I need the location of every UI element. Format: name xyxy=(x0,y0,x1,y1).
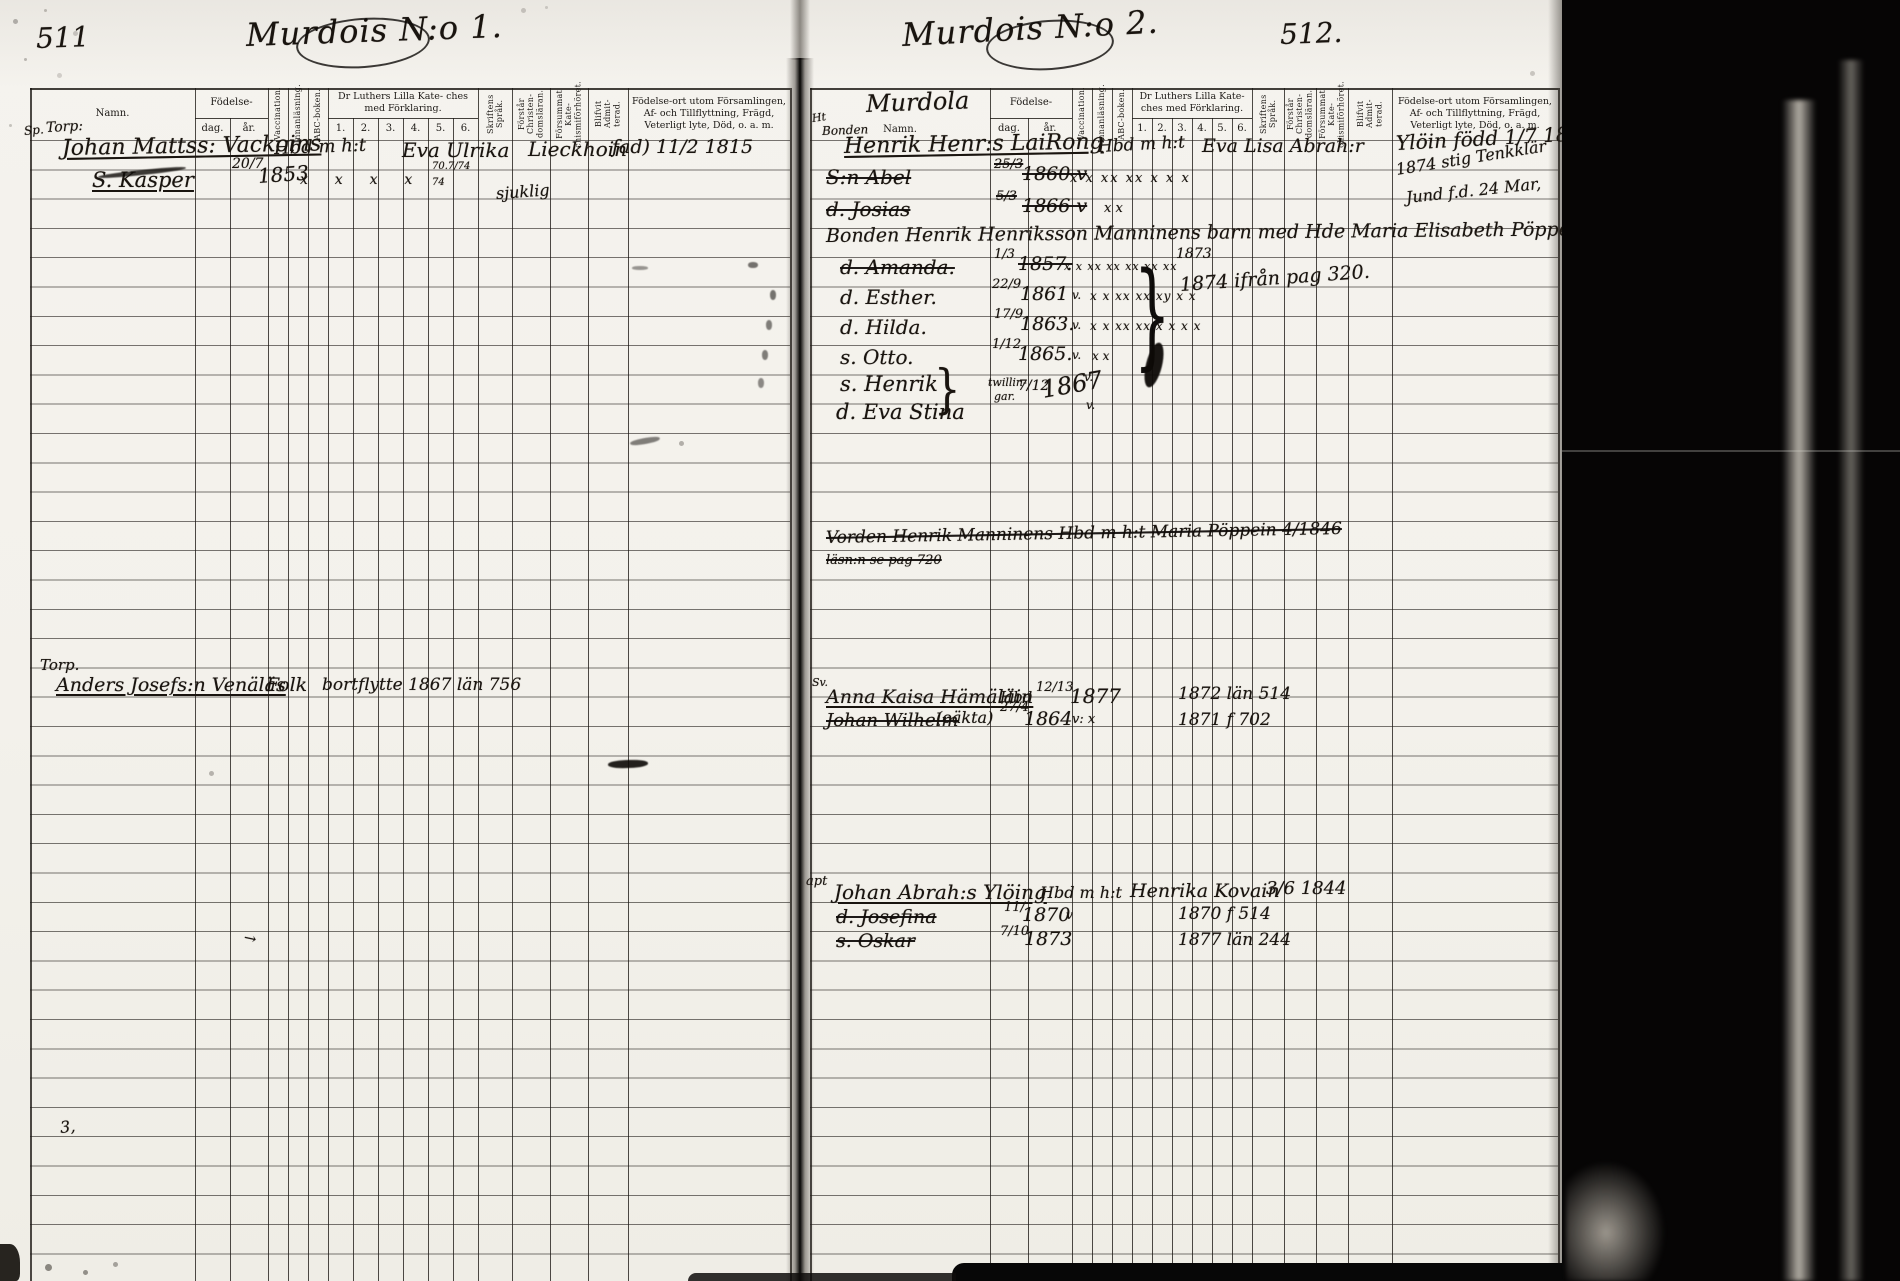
handwritten-entry: 25/3 xyxy=(994,157,1023,172)
handwritten-entry: 1866 v xyxy=(1022,195,1087,217)
column-header-forstar-right: Förstår Christen- domsläran. xyxy=(1284,88,1316,140)
handwritten-entry: x x x x xyxy=(300,172,418,188)
grid-line xyxy=(990,88,991,1281)
handwritten-entry: 1877 län 244 xyxy=(1178,930,1291,950)
handwritten-entry: Anders Josefs:n Venäläs xyxy=(56,674,286,696)
label: 6. xyxy=(461,123,471,136)
handwritten-entry: 3/6 1844 xyxy=(1266,878,1347,899)
handwritten-entry: fad) 11/2 1815 xyxy=(612,136,753,158)
column-header-forsummat-right: Försummat Kate- chismiförhöret. xyxy=(1316,88,1348,140)
column-header-fodelse-left: Födelse- xyxy=(195,88,268,118)
handwritten-entry: Murdola xyxy=(866,86,970,118)
handwritten-entry: 22/9 xyxy=(992,277,1021,292)
ink-mark xyxy=(748,262,758,268)
label: 5. xyxy=(436,123,446,136)
column-header-forsummat-left: Försummat Kate- chismiförhöret. xyxy=(550,88,588,140)
ink-mark xyxy=(758,378,764,388)
handwritten-entry: S:n Abel xyxy=(826,165,911,189)
handwritten-entry: v. xyxy=(1072,348,1081,362)
ink-mark xyxy=(766,320,772,330)
scan-bottom-black-bar-thin xyxy=(688,1273,956,1281)
page-number-right: 512. xyxy=(1279,16,1342,51)
grid-line xyxy=(1392,88,1393,1281)
scanned-church-record-spread: 511 Murdois N:o 1. Murdois N:o 2. 512. N… xyxy=(0,0,1900,1281)
ink-mark xyxy=(632,266,648,270)
handwritten-entry: s. Henrik xyxy=(840,372,938,396)
handwritten-entry: gar. xyxy=(994,390,1015,403)
handwritten-entry: 1861 xyxy=(1020,283,1068,305)
handwritten-entry: Folk xyxy=(266,674,307,696)
ink-mark xyxy=(770,290,776,300)
column-header-katekes-right: Dr Luthers Lilla Kate- ches med Förklari… xyxy=(1132,88,1252,118)
handwritten-entry: 1870 f 514 xyxy=(1178,904,1271,924)
label: Födelse- xyxy=(1010,97,1052,110)
handwritten-entry: 12/13 xyxy=(1036,680,1073,695)
label: Födelse-ort utom Församlingen, Af- och T… xyxy=(628,96,790,132)
handwritten-entry: d. Josias xyxy=(826,197,910,221)
handwritten-entry: (oäkta) xyxy=(936,708,993,727)
label: 5. xyxy=(1217,123,1227,136)
column-header-katekes-left: Dr Luthers Lilla Kate- ches med Förklari… xyxy=(328,88,478,118)
label: 1. xyxy=(1137,123,1147,136)
grid-line xyxy=(628,88,629,1281)
grid-line xyxy=(378,118,379,1281)
grid-line xyxy=(230,118,231,1281)
handwritten-entry: v. xyxy=(1072,318,1081,332)
handwritten-entry: x x xyxy=(1104,201,1123,216)
handwritten-entry: 1871 f 702 xyxy=(1178,710,1271,730)
scan-corner-patch xyxy=(0,1244,20,1281)
grid-line xyxy=(550,88,551,1281)
label: 1. xyxy=(336,123,346,136)
label: Förstår Christen- domsläran. xyxy=(1286,88,1314,140)
scan-light-streak xyxy=(1838,60,1864,1281)
handwritten-entry: 1865. xyxy=(1018,343,1072,365)
column-header-sprak-right: Skriftens Språk. xyxy=(1252,88,1284,140)
handwritten-entry: Henrik Henr:s LaiRong xyxy=(844,129,1104,159)
label: Förstår Christen- domsläran. xyxy=(517,88,545,140)
handwritten-entry: d. Amanda. xyxy=(840,255,955,279)
column-header-blifvit-left: Blifvit Admit- terad. xyxy=(588,88,628,140)
katekes-subcolumn-3-left: 3. xyxy=(378,118,403,140)
handwritten-entry: 5/3 xyxy=(996,189,1017,204)
column-header-sprak-left: Skriftens Språk. xyxy=(478,88,512,140)
handwritten-entry: s. Oskar xyxy=(836,930,915,952)
katekes-subcolumn-4-left: 4. xyxy=(403,118,428,140)
handwritten-entry: Henrika Kovain xyxy=(1130,880,1280,902)
label: 3. xyxy=(386,123,396,136)
label: Födelse- xyxy=(210,97,252,110)
handwritten-entry: 70.7/74 xyxy=(432,161,470,172)
grid-line xyxy=(403,118,404,1281)
scan-light-streak xyxy=(1782,100,1816,1281)
grid-line xyxy=(308,88,309,1281)
handwritten-entry: 1872 län 514 xyxy=(1178,684,1291,704)
handwritten-entry: Eva Lisa Abrah:r xyxy=(1202,135,1364,157)
handwritten-entry: 1863. xyxy=(1020,313,1074,335)
handwritten-entry: 1877 xyxy=(1070,684,1121,708)
katekes-subcolumn-5-left: 5. xyxy=(428,118,453,140)
handwritten-entry: 1/12 xyxy=(992,337,1021,352)
label: Namn. xyxy=(96,108,130,121)
handwritten-entry: v. xyxy=(1086,398,1095,412)
scan-speckles xyxy=(0,0,3,3)
handwritten-entry: läsn:n se pag 720 xyxy=(826,553,942,568)
label: Dr Luthers Lilla Kate- ches med Förklari… xyxy=(328,91,478,115)
column-header-forstar-left: Förstår Christen- domsläran. xyxy=(512,88,550,140)
handwritten-entry: 74 xyxy=(432,177,445,188)
scan-bottom-black-bar xyxy=(952,1263,1564,1281)
handwritten-entry: x x xyxy=(1092,349,1109,363)
grid-line xyxy=(30,88,32,1281)
handwritten-entry: 1864 xyxy=(1024,708,1072,730)
label: Blifvit Admit- terad. xyxy=(1356,88,1384,140)
handwritten-entry: bortflytte 1867 län 756 xyxy=(322,675,521,695)
handwritten-entry: s. Otto. xyxy=(840,345,914,369)
handwritten-entry: 1873 xyxy=(1024,928,1072,950)
handwritten-entry: Torp. xyxy=(40,656,79,674)
column-header-fodelse-right: Födelse- xyxy=(990,88,1072,118)
handwritten-entry: d. Josefina xyxy=(836,906,937,928)
handwritten-entry: d. Esther. xyxy=(840,285,937,309)
book-fold-top xyxy=(790,0,810,60)
handwritten-entry: d. Hilda. xyxy=(840,315,927,339)
page-number-left: 511 xyxy=(35,20,90,55)
handwritten-entry: sjuklig xyxy=(495,180,550,203)
handwritten-entry: Eva Ulrika xyxy=(402,138,509,162)
handwritten-entry: 3, xyxy=(59,1116,76,1136)
handwritten-entry: v: x xyxy=(1072,712,1095,727)
column-header-blifvit-right: Blifvit Admit- terad. xyxy=(1348,88,1392,140)
label: Blifvit Admit- terad. xyxy=(594,88,622,140)
grid-line xyxy=(453,118,454,1281)
handwritten-entry: v. xyxy=(1084,370,1093,384)
handwritten-entry: 1873 xyxy=(1176,246,1212,262)
label: Skriftens Språk. xyxy=(1259,88,1277,140)
handwritten-entry: Hbd m h:t xyxy=(274,135,367,159)
handwritten-entry: v. xyxy=(1072,288,1081,302)
handwritten-entry: Sp. xyxy=(23,122,44,138)
grid-line xyxy=(428,118,429,1281)
label: 4. xyxy=(411,123,421,136)
handwritten-entry: v xyxy=(1066,908,1073,922)
handwritten-entry: Torp: xyxy=(46,118,84,136)
left-page-ruled-lines xyxy=(30,140,790,1281)
label: Dr Luthers Lilla Kate- ches med Förklari… xyxy=(1132,91,1252,115)
handwritten-entry: } xyxy=(934,360,960,420)
handwritten-entry: x x xx xx x x x xyxy=(1070,171,1191,186)
label: 2. xyxy=(361,123,371,136)
column-header-abc-boken-right: ABC-boken. xyxy=(1112,88,1132,140)
scan-artifact-line xyxy=(1562,450,1900,452)
label: ABC-boken. xyxy=(1117,89,1126,140)
column-header-fodelseort-left: Födelse-ort utom Församlingen, Af- och T… xyxy=(628,88,790,140)
katekes-subcolumn-6-left: 6. xyxy=(453,118,478,140)
grid-line xyxy=(353,118,354,1281)
book-fold xyxy=(786,58,814,1281)
ink-mark xyxy=(762,350,768,360)
handwritten-entry: 1/3 xyxy=(994,247,1015,262)
label: 4. xyxy=(1197,123,1207,136)
grid-line xyxy=(588,88,589,1281)
scan-grey-blotch xyxy=(1566,1160,1666,1281)
label: Skriftens Språk. xyxy=(486,88,504,140)
label: 6. xyxy=(1237,123,1247,136)
handwritten-entry: Hbd m h:t xyxy=(1040,883,1122,902)
handwritten-entry: 17/9 xyxy=(994,307,1023,322)
handwritten-entry: 1870 xyxy=(1022,904,1070,926)
